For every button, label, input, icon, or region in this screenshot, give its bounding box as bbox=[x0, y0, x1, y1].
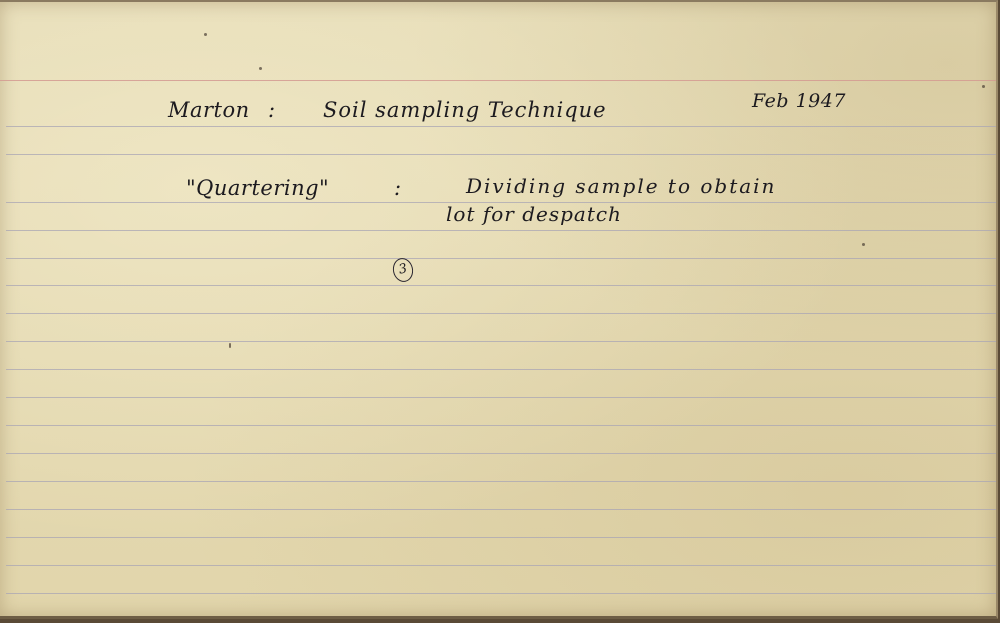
ruled-line bbox=[6, 230, 996, 231]
ruled-line bbox=[6, 565, 996, 566]
heading-subject: Soil sampling Technique bbox=[323, 98, 607, 122]
ruled-line bbox=[6, 537, 996, 538]
entry-separator: : bbox=[394, 176, 402, 200]
ruled-line bbox=[6, 481, 996, 482]
ruled-line bbox=[6, 425, 996, 426]
ruled-line bbox=[6, 397, 996, 398]
ruled-line bbox=[6, 593, 996, 594]
paper-speck bbox=[204, 33, 207, 36]
circled-card-number: 3 bbox=[391, 256, 416, 284]
ruled-line bbox=[6, 126, 996, 127]
heading-separator: : bbox=[268, 98, 276, 122]
index-card: Marton : Soil sampling Technique Feb 194… bbox=[0, 0, 998, 619]
red-margin-line bbox=[0, 80, 996, 81]
ruled-line bbox=[6, 369, 996, 370]
ruled-line bbox=[6, 453, 996, 454]
paper-speck bbox=[862, 243, 865, 246]
ruled-line bbox=[6, 154, 996, 155]
ruled-line bbox=[6, 258, 996, 259]
entry-term: "Quartering" bbox=[186, 176, 329, 200]
paper-speck bbox=[259, 67, 262, 70]
ruled-line bbox=[6, 313, 996, 314]
paper-speck bbox=[229, 343, 231, 348]
heading-name: Marton bbox=[168, 98, 250, 122]
entry-definition-line-2: lot for despatch bbox=[446, 202, 622, 226]
heading-date: Feb 1947 bbox=[752, 90, 846, 112]
ruled-line bbox=[6, 509, 996, 510]
ruled-line bbox=[6, 285, 996, 286]
entry-definition-line-1: Dividing sample to obtain bbox=[466, 174, 776, 198]
paper-speck bbox=[982, 85, 985, 88]
ruled-line bbox=[6, 341, 996, 342]
